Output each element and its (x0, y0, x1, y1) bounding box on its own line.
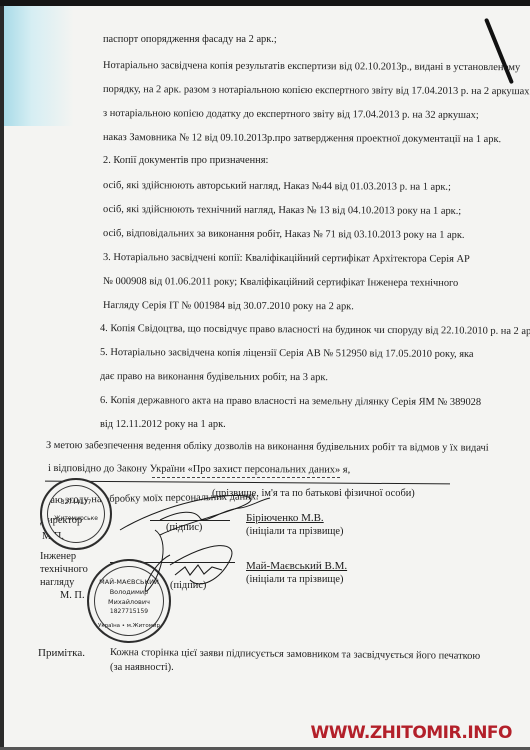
site-watermark: WWW.ZHITOMIR.INFO (311, 723, 512, 743)
doc-line: осіб, відповідальних за виконання робіт,… (103, 228, 465, 241)
doc-line: Нагляду Серія ІТ № 001984 від 30.07.2010… (103, 300, 354, 312)
scan-top-edge (0, 0, 530, 6)
doc-line: 3. Нотаріально засвідчені копії: Кваліфі… (103, 252, 470, 265)
doc-line: осіб, які здійснюють технічний нагляд, Н… (103, 204, 461, 217)
doc-line: від 12.11.2012 року на 1 арк. (100, 419, 226, 430)
scanned-document-page: паспорт опорядження фасаду на 2 арк.; Но… (0, 0, 530, 750)
doc-line: 5. Нотаріально засвідчена копія ліцензії… (100, 347, 474, 360)
doc-line: і відповідно до Закону України «Про захи… (48, 463, 350, 476)
doc-line: осіб, які здійснюють авторський нагляд, … (103, 180, 451, 193)
engineer-stamp-ring: Україна • м.Житомир (89, 621, 169, 631)
doc-line: 6. Копія державного акта на право власно… (100, 395, 481, 408)
note-text: Кожна сторінка цієї заяви підписується з… (110, 647, 480, 662)
doc-line: 4. Копія Свідоцтва, що посвідчує право в… (100, 323, 530, 337)
handwritten-signatures (100, 480, 320, 620)
doc-line: 2. Копії документів про призначення: (103, 155, 268, 166)
doc-line: № 000908 від 01.06.2011 року; Кваліфікац… (103, 276, 458, 289)
doc-line: порядку, на 2 арк. разом з нотаріальною … (103, 84, 530, 97)
note-text-2: (за наявності). (110, 662, 174, 673)
doc-line: паспорт опорядження фасаду на 2 арк.; (103, 34, 277, 45)
note-label: Примітка. (38, 647, 85, 659)
doc-line: наказ Замовника № 12 від 09.10.2013р.про… (103, 132, 501, 145)
pen-mark (484, 18, 514, 84)
doc-line: дає право на виконання будівельних робіт… (100, 371, 328, 383)
fullname-dashed-line (152, 477, 340, 478)
doc-line: з нотаріальною копією додатку до експерт… (103, 108, 479, 121)
engineer-seal-label: М. П. (60, 590, 85, 601)
scan-shadow (4, 6, 74, 126)
doc-line: З метою забезпечення ведення обліку дозв… (46, 440, 489, 454)
doc-line: Нотаріально засвідчена копія результатів… (103, 60, 520, 73)
